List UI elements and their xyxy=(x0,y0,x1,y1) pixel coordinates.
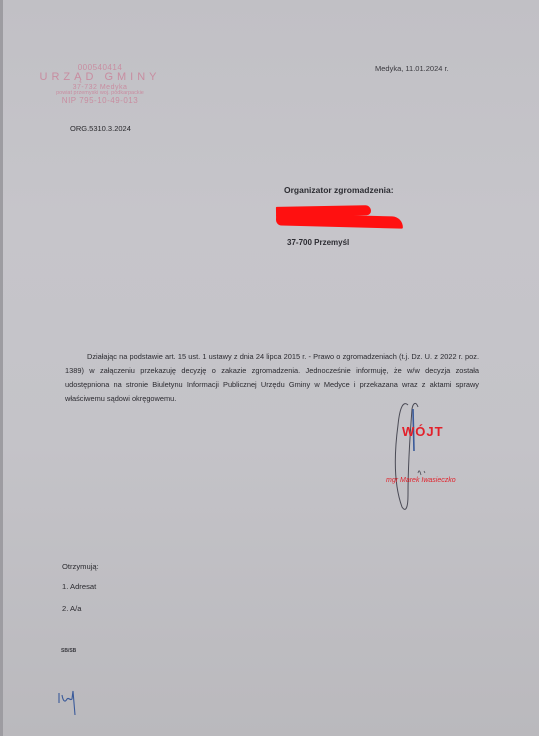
addressee-label: Organizator zgromadzenia: xyxy=(284,185,394,195)
document-page: 000540414 URZĄD GMINY 37-732 Medyka powi… xyxy=(0,0,539,736)
stamp-nip: NIP 795-10-49-013 xyxy=(30,97,170,105)
stamp-office: URZĄD GMINY xyxy=(30,72,170,84)
recipient-item: 2. A/a xyxy=(62,604,99,613)
addressee-postal-city: 37-700 Przemyśl xyxy=(287,238,349,247)
recipient-item: 1. Adresat xyxy=(62,582,99,591)
redaction-mark xyxy=(276,206,404,232)
place-date: Medyka, 11.01.2024 r. xyxy=(375,64,449,73)
signatory-name: mgr Marek Iwasieczko xyxy=(386,477,456,484)
signature-block: WÓJT mgr Marek Iwasieczko xyxy=(380,420,490,510)
initials-signature-icon xyxy=(55,685,85,719)
reference-number: ORG.5310.3.2024 xyxy=(70,124,131,133)
signatory-title: WÓJT xyxy=(402,424,444,439)
handwritten-signature-icon xyxy=(380,395,440,515)
recipients-list: Otrzymują: 1. Adresat 2. A/a xyxy=(62,562,99,626)
office-stamp: 000540414 URZĄD GMINY 37-732 Medyka powi… xyxy=(30,64,170,105)
author-code: SB/SB xyxy=(61,648,76,654)
recipients-heading: Otrzymują: xyxy=(62,562,99,571)
